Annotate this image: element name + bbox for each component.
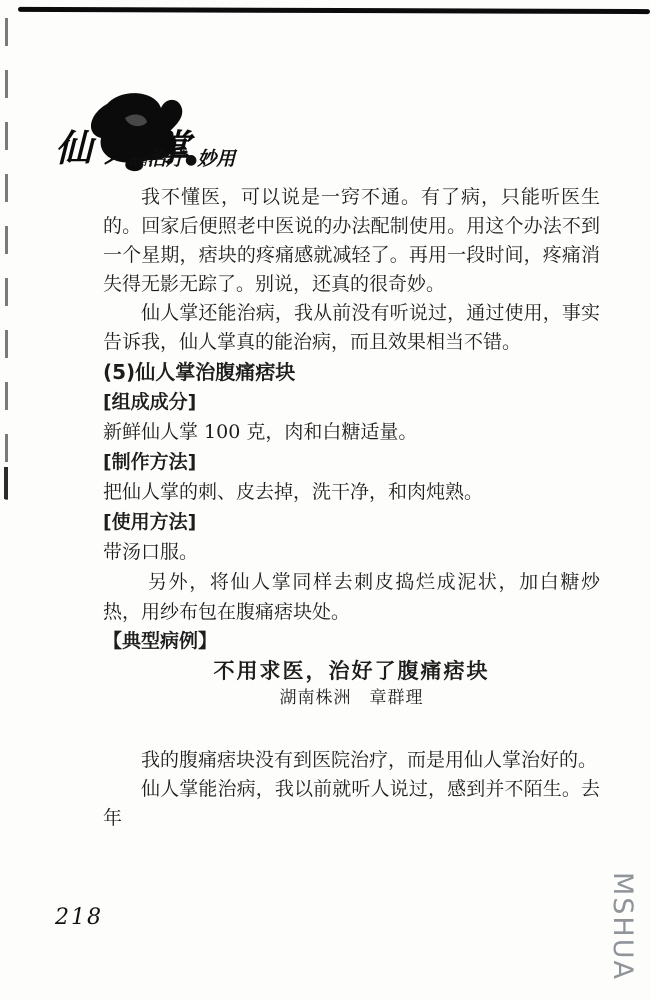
- case-paragraphs: 我的腹痛痞块没有到医院治疗，而是用仙人掌治好的。 仙人掌能治病，我以前就听人说过…: [103, 746, 600, 833]
- scanned-book-page: 仙人掌 食用治疗●妙用 我不懂医，可以说是一窍不通。有了病，只能听医生的。回家后…: [0, 0, 651, 1001]
- recipe-ingredients: 新鲜仙人掌 100 克，肉和白糖适量。: [103, 417, 600, 447]
- case-title: 不用求医，治好了腹痛痞块: [103, 656, 600, 686]
- left-binding-marks: [5, 18, 8, 500]
- logo-subtitle-prefix: 食用: [127, 157, 147, 168]
- case-section-label: 【典型病例】: [103, 627, 600, 656]
- recipe-preparation: 把仙人掌的刺、皮去掉，洗干净，和肉炖熟。: [103, 477, 600, 507]
- watermark-text: MSHUA: [607, 872, 638, 981]
- logo-subtitle-text: 治疗: [147, 148, 185, 170]
- top-rule-divider: [18, 7, 650, 14]
- recipe-heading: (5)仙人掌治腹痛痞块: [103, 357, 600, 387]
- recipe-label-preparation: [制作方法]: [103, 447, 600, 477]
- body-paragraph-2: 仙人掌还能治病，我从前没有听说过，通过使用，事实告诉我，仙人掌真的能治病，而且效…: [103, 299, 600, 357]
- case-paragraph-1: 我的腹痛痞块没有到医院治疗，而是用仙人掌治好的。: [103, 746, 600, 775]
- left-binding-mark-dark: [4, 467, 8, 499]
- page-number: 218: [55, 905, 103, 930]
- recipe-label-ingredients: [组成成分]: [103, 387, 600, 417]
- case-paragraph-2: 仙人掌能治病，我以前就听人说过，感到并不陌生。去年: [103, 775, 600, 833]
- recipe-label-usage: [使用方法]: [103, 507, 600, 537]
- logo-dot-icon: ●: [185, 152, 197, 168]
- recipe-usage-2: 另外，将仙人掌同样去刺皮捣烂成泥状，加白糖炒热，用纱布包在腹痛痞块处。: [103, 567, 600, 627]
- page-content: 我不懂医，可以说是一窍不通。有了病，只能听医生的。回家后便照老中医说的办法配制使…: [103, 183, 600, 833]
- logo-subtitle2-text: 妙用: [197, 148, 235, 170]
- case-author: 湖南株洲 章群理: [103, 686, 600, 710]
- body-paragraph-1: 我不懂医，可以说是一窍不通。有了病，只能听医生的。回家后便照老中医说的办法配制使…: [103, 183, 600, 299]
- logo-subtitle: 食用治疗●妙用: [127, 144, 235, 171]
- recipe-usage-1: 带汤口服。: [103, 537, 600, 567]
- book-logo: 仙人掌 食用治疗●妙用: [55, 92, 295, 178]
